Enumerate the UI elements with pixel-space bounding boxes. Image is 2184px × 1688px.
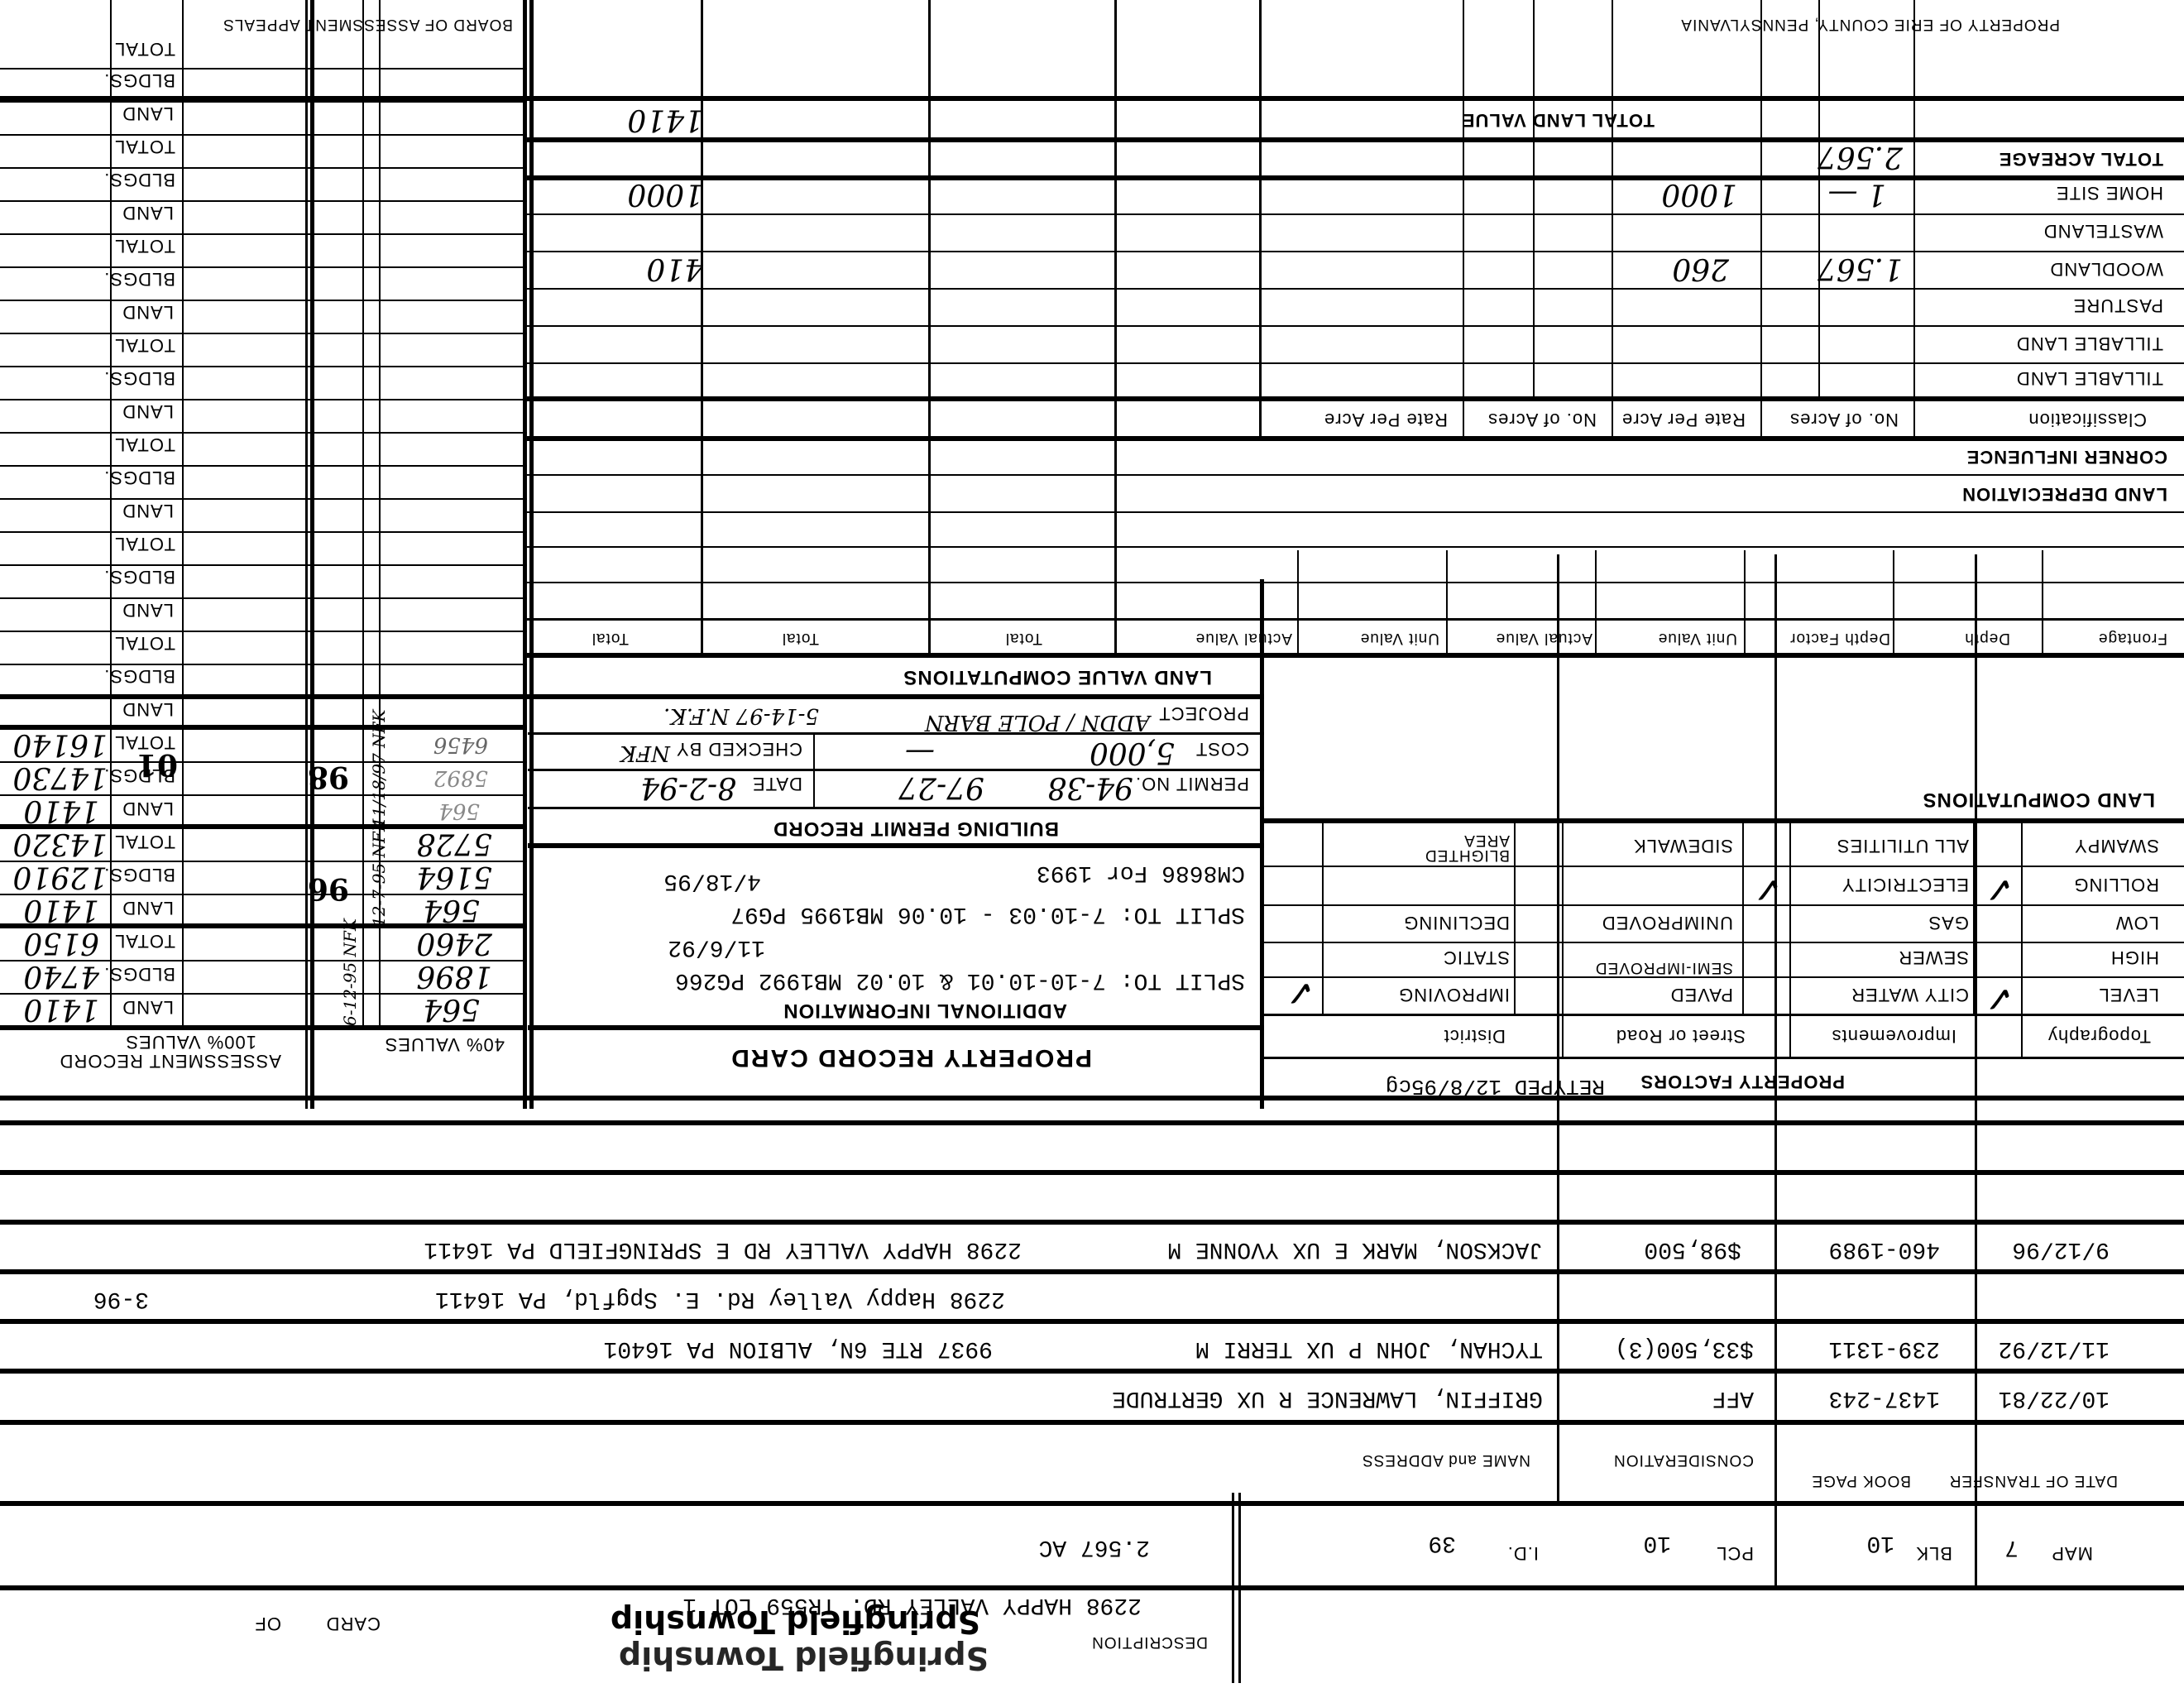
row-total: TOTAL	[114, 334, 175, 356]
acre-row-rule	[527, 213, 2184, 215]
row-land: LAND	[122, 798, 174, 819]
factor-blighted-area: BLIGHTED AREA	[1386, 832, 1510, 862]
v40-land: 564	[423, 992, 480, 1026]
factors-col-line	[1742, 819, 1744, 1016]
acre-col-no-acres-2: No. of Acres	[1487, 409, 1597, 430]
row-land: LAND	[122, 400, 174, 422]
acre-row-rule	[527, 251, 2184, 252]
check-mark-icon: ✓	[1285, 971, 1315, 1014]
factors-col-line	[1562, 819, 1564, 1059]
property-record-card-title: PROPERTY RECORD CARD	[730, 1043, 1092, 1072]
factor-all-utilities: ALL UTILITIES	[1837, 835, 1969, 856]
card-of-label: OF	[254, 1613, 281, 1634]
transfer-date: 11/12/92	[1999, 1336, 2110, 1361]
v40-total: 2460	[416, 926, 492, 960]
factors-col-line	[1789, 819, 1791, 1059]
acre-col-classification: Classification	[2028, 409, 2147, 430]
acre-homesite-acres: 1 —	[1828, 177, 1886, 211]
record-card-right-border	[529, 0, 534, 1109]
factor-semi-improved: SEMI-IMPROVED	[1584, 960, 1733, 975]
factor-row-rule	[1262, 976, 2184, 978]
transfer-row-rule-4	[0, 1220, 2184, 1225]
factor-electricity: ELECTRICITY	[1842, 874, 1969, 895]
row-land: LAND	[122, 996, 174, 1018]
acre-class: WOODLAND	[2049, 258, 2163, 280]
v100-bldgs: 4740	[23, 959, 99, 993]
lv-row-rule	[527, 618, 2184, 621]
acre-col-line	[1760, 0, 1762, 441]
assessment-record-title: ASSESSMENT RECORD	[60, 1050, 281, 1072]
v100-total: 6150	[23, 926, 99, 960]
form-bottom-rule	[0, 96, 2184, 101]
total-land-value: 1410	[627, 103, 703, 137]
transfer-name: JACKSON, MARK E UX YVONNE M	[1167, 1236, 1543, 1262]
row-total: TOTAL	[114, 434, 175, 455]
factor-row-rule	[1262, 942, 2184, 943]
assessment-row-rule	[0, 861, 527, 862]
acre-class: WASTELAND	[2043, 220, 2163, 242]
row-bldgs: BLDGS.	[103, 566, 175, 587]
v100-land: 1410	[23, 992, 99, 1026]
acre-row-rule	[527, 362, 2184, 364]
acre-homesite-rate: 1000	[1661, 177, 1737, 211]
col-book-page: BOOK PAGE	[1811, 1471, 1911, 1489]
factors-col-line	[1973, 819, 1975, 1016]
acre-class: TILLABLE LAND	[2016, 333, 2163, 354]
row-bldgs: BLDGS.	[103, 367, 175, 389]
lv-col-line	[1297, 550, 1299, 658]
transfer-header-top	[0, 1501, 2184, 1506]
factor-sidewalk: SIDEWALK	[1633, 835, 1733, 856]
transfer-date: 9/12/96	[2012, 1236, 2110, 1262]
permit-row-rule	[528, 807, 1264, 809]
row-land: LAND	[122, 897, 174, 918]
v40-total: 5728	[416, 827, 492, 861]
permit-no-value: 94-38	[1047, 770, 1133, 804]
acre-class: PASTURE	[2073, 295, 2163, 316]
acre-col-line-inner	[1533, 0, 1535, 401]
assessment-row-rule	[0, 993, 527, 995]
permit-row-rule	[528, 732, 1264, 735]
transfer-header-bottom	[0, 1420, 2184, 1425]
transfer-address: 9937 RTE 6N, ALBION PA 16401	[604, 1336, 993, 1361]
row-land: LAND	[122, 301, 174, 323]
factor-low: LOW	[2115, 912, 2159, 933]
building-permit-title: BUILDING PERMIT RECORD	[773, 817, 1059, 840]
lv-col: Depth Factor	[1789, 629, 1890, 647]
check-mark-icon: ✓	[1984, 977, 2014, 1019]
factor-city-water: CITY WATER	[1851, 984, 1969, 1005]
assessment-row-rule	[0, 960, 527, 961]
lv-col-line	[1595, 550, 1597, 658]
description-value: 2298 HAPPY VALLEY RD. TR559 LOT 1	[683, 1592, 1142, 1618]
acre-woodland-rate: 260	[1672, 252, 1729, 285]
factor-gas: GAS	[1928, 912, 1969, 933]
acre-homesite-total: 1000	[627, 177, 703, 211]
factors-header-top	[1262, 1057, 2184, 1059]
additional-line: CM8686 For 1993	[1037, 860, 1245, 885]
acre-col-line	[1259, 0, 1262, 441]
acre-class-total: TOTAL ACREAGE	[1999, 148, 2163, 170]
col-street-road: Street or Road	[1616, 1025, 1746, 1047]
permit-no-label: PERMIT NO.	[1135, 773, 1249, 794]
map-value: 7	[2004, 1534, 2019, 1560]
cost-label: COST	[1195, 738, 1249, 760]
v40-total: 6456	[433, 732, 488, 757]
factors-col-line	[2021, 819, 2023, 1059]
property-record-card-page: Springfield Township Springfield Townshi…	[0, 0, 2184, 1688]
assessment-stamp: 01	[136, 747, 178, 782]
lv-col: Unit Value	[1360, 629, 1439, 647]
project-value: ADDN / POLE BARN	[925, 710, 1150, 735]
v40-land: 564	[423, 893, 480, 927]
land-depreciation-label: LAND DEPRECIATION	[1961, 483, 2167, 505]
blk-label: BLK	[1915, 1542, 1952, 1564]
col-name-address: NAME and ADDRESS	[1362, 1451, 1530, 1469]
acre-col-line-inner	[1818, 0, 1820, 401]
permit-title-top	[528, 843, 1264, 848]
acreage-value: 2.567 AC	[1039, 1534, 1150, 1560]
transfer-book-page: 460-1989	[1829, 1236, 1940, 1262]
factor-row-rule	[1262, 866, 2184, 867]
permit-col-line	[813, 735, 815, 809]
transfer-col-divider-1	[1975, 554, 1977, 1506]
acre-row-rule	[527, 175, 2184, 180]
blk-value: 10	[1866, 1530, 1894, 1556]
row-land: LAND	[122, 103, 174, 124]
v100-total: 14320	[12, 827, 108, 861]
acre-class: TILLABLE LAND	[2016, 367, 2163, 389]
pcl-label: PCL	[1716, 1542, 1754, 1564]
factor-high: HIGH	[2110, 947, 2159, 968]
transfer-col-divider-3	[1557, 554, 1559, 1506]
row-total: TOTAL	[114, 136, 175, 157]
row-total: TOTAL	[114, 38, 175, 60]
transfer-bottom-rule	[0, 1096, 2184, 1101]
assessment-row-rule	[0, 894, 527, 895]
acre-col-line	[1463, 0, 1464, 441]
v40-bldgs: 1896	[416, 959, 492, 993]
acre-col-line	[1612, 0, 1613, 441]
row-total: TOTAL	[114, 235, 175, 257]
acre-woodland-total: 410	[646, 252, 703, 285]
transfer-name: GRIFFIN, LAWRENCE R UX GERTRUDE	[1112, 1385, 1543, 1411]
acre-class: HOME SITE	[2056, 182, 2163, 204]
lv-col: Actual Value	[1496, 629, 1592, 647]
checked-by-label: CHECKED BY	[676, 738, 802, 760]
assessment-blank-groups	[0, 51, 527, 730]
factor-level: LEVEL	[2099, 984, 2160, 1005]
assessment-date-note: 12-7-95 NFK	[369, 819, 389, 927]
transfer-book-page: 239-1311	[1829, 1336, 1940, 1361]
transfer-row-rule-5	[0, 1170, 2184, 1175]
lv-col: Frontage	[2098, 629, 2167, 647]
acre-row-rule	[527, 288, 2184, 290]
row-land: LAND	[122, 500, 174, 521]
lv-col-line	[1893, 550, 1894, 658]
row-bldgs: BLDGS.	[103, 963, 175, 985]
card-label: CARD	[326, 1613, 381, 1634]
transfer-row-rule-3	[0, 1269, 2184, 1274]
factor-declining: DECLINING	[1403, 912, 1510, 933]
additional-info-title: ADDITIONAL INFORMATION	[783, 999, 1067, 1022]
acre-total-acres: 2.567	[1818, 140, 1903, 174]
lv-col-line	[2042, 550, 2043, 658]
permit-date-value: 8-2-94	[640, 770, 736, 804]
factor-static: STATIC	[1443, 947, 1510, 968]
acre-col-no-acres: No. of Acres	[1789, 409, 1899, 430]
total-land-value-label: TOTAL LAND VALUE	[1462, 109, 1655, 131]
additional-line: 11/6/92	[668, 934, 765, 960]
cost-value-2: —	[905, 736, 935, 770]
row-land: LAND	[122, 202, 174, 223]
factors-bottom-rule	[1262, 818, 2184, 823]
acre-woodland-acres: 1.567	[1818, 252, 1903, 285]
factor-row-rule	[1262, 904, 2184, 906]
factors-col-line	[1322, 819, 1324, 1016]
factor-unimproved: UNIMPROVED	[1602, 912, 1733, 933]
transfer-address: 2298 HAPPY VALLEY RD E SPRINGFIELD PA 16…	[424, 1236, 1022, 1262]
v40-land: 564	[438, 798, 480, 823]
lv-row-rule	[527, 546, 2184, 548]
factors-header-bottom	[1262, 1014, 2184, 1016]
col-topography: Topography	[2047, 1025, 2151, 1047]
row-land: LAND	[122, 698, 174, 720]
property-factors-title: PROPERTY FACTORS	[1640, 1071, 1845, 1092]
factor-swampy: SWAMPY	[2074, 835, 2159, 856]
col-improvements: Improvements	[1832, 1025, 1956, 1047]
permit-no-value-2: 97-27	[898, 770, 984, 804]
v100-bldgs: 12910	[12, 860, 108, 894]
v100-land: 1410	[23, 794, 99, 827]
lv-row-rule	[527, 511, 2184, 513]
record-card-title-rule	[528, 1025, 1264, 1030]
township-stamp-shadow: Springfield Township	[619, 1640, 989, 1676]
row-bldgs: BLDGS.	[103, 665, 175, 687]
check-mark-icon: ✓	[1752, 868, 1783, 910]
transfer-consideration: $98,500	[1644, 1236, 1741, 1262]
transfer-book-page: 1437-243	[1829, 1385, 1940, 1411]
v40-bldgs: 5892	[433, 765, 488, 790]
project-note: 5-14-97 N.F.K.	[663, 703, 819, 728]
footer-erie-county: PROPERTY OF ERIE COUNTY, PENNSYLVANIA	[1680, 15, 2060, 33]
transfer-name: TYCHAN, JOHN P UX TERRI M	[1195, 1336, 1543, 1361]
acre-col-rate-2: Rate Per Acre	[1324, 409, 1448, 430]
id-label: I.D.	[1507, 1542, 1539, 1564]
description-label: DESCRIPTION	[1091, 1633, 1208, 1651]
check-mark-icon: ✓	[1984, 868, 2014, 910]
transfer-col-divider-2	[1774, 554, 1777, 1506]
additional-line: SPLIT TO: 7-10.03 - 10.06 MB1995 PG97	[730, 901, 1245, 927]
additional-line: 4/18/95	[663, 868, 761, 894]
row-total: TOTAL	[114, 632, 175, 654]
transfer-note: 3-96	[93, 1286, 149, 1312]
transfer-row-rule-1	[0, 1369, 2184, 1374]
factor-sewer: SEWER	[1898, 947, 1969, 968]
acre-col-rate: Rate Per Acre	[1621, 409, 1746, 430]
col-consideration: CONSIDERATION	[1613, 1451, 1754, 1469]
assessment-date-note: 6-12-95 NFK	[340, 918, 360, 1026]
assessment-year: 96	[308, 871, 349, 906]
lv-col: Depth	[1964, 629, 2010, 647]
footer-board-of-appeals: BOARD OF ASSESSMENT APPEALS	[223, 15, 513, 33]
transfer-consideration: AFF	[1712, 1385, 1754, 1411]
factor-improving: IMPROVING	[1398, 984, 1510, 1005]
transfer-row-rule-6	[0, 1120, 2184, 1125]
map-label: MAP	[2051, 1542, 2093, 1564]
lv-col: Total	[1005, 629, 1042, 647]
row-bldgs: BLDGS.	[103, 70, 175, 91]
row-bldgs: BLDGS.	[103, 268, 175, 290]
acre-total-rule	[527, 137, 2184, 142]
lv-col: Actual Value	[1195, 629, 1292, 647]
row-total: TOTAL	[114, 930, 175, 952]
transfer-row-rule-2	[0, 1319, 2184, 1324]
lv-header-top	[527, 653, 2184, 658]
assessment-year: 98	[308, 760, 349, 794]
checked-by-value: NFK	[620, 741, 670, 765]
v100-bldgs: 14730	[12, 760, 108, 794]
retyped-note: RETYPED 12/8/95cg	[1386, 1074, 1605, 1099]
factor-rolling: ROLLING	[2073, 874, 2159, 895]
v100-total: 16140	[12, 727, 108, 761]
header-rule-1	[0, 1585, 2184, 1590]
land-computations-title: LAND COMPUTATIONS	[1923, 788, 2155, 811]
row-bldgs: BLDGS.	[103, 169, 175, 190]
permit-date-label: DATE	[752, 773, 802, 794]
col-district: District	[1444, 1025, 1506, 1047]
lv-col-line	[1446, 550, 1448, 658]
row-total: TOTAL	[114, 831, 175, 852]
acre-header-top	[527, 436, 2184, 441]
corner-influence-label: CORNER INFLUENCE	[1966, 446, 2167, 468]
lv-col: Unit Value	[1658, 629, 1737, 647]
transfer-address: 2298 Happy Valley Rd. E. Spgfld, PA 1641…	[435, 1286, 1005, 1312]
additional-line: SPLIT TO: 7-10-10.01 & 10.02 MB1992 PG26…	[675, 967, 1245, 993]
transfer-date: 10/22/81	[1999, 1385, 2110, 1411]
project-label: PROJECT	[1158, 703, 1249, 724]
lv-col: Total	[591, 629, 629, 647]
lv-col-line	[1744, 550, 1746, 658]
cost-value: 5,000	[1090, 736, 1175, 770]
acre-header-bottom	[527, 396, 2184, 401]
row-bldgs: BLDGS.	[103, 467, 175, 488]
factor-paved: PAVED	[1670, 984, 1733, 1005]
row-land: LAND	[122, 599, 174, 621]
lv-col: Total	[782, 629, 819, 647]
pcl-value: 10	[1643, 1530, 1671, 1556]
lv-computations-title: LAND VALUE COMPUTATIONS	[903, 665, 1212, 688]
transfer-consideration: $33,500(3)	[1615, 1336, 1754, 1361]
row-bldgs: BLDGS.	[103, 864, 175, 885]
lv-row-rule	[527, 582, 2184, 583]
acre-row-rule	[527, 325, 2184, 327]
acre-col-line	[1913, 0, 1915, 441]
col-40-values: 40% VALUES	[385, 1033, 505, 1055]
lv-row-rule	[527, 474, 2184, 476]
factors-col-line	[1514, 819, 1516, 1016]
col-100-values: 100% VALUES	[125, 1031, 256, 1053]
row-total: TOTAL	[114, 533, 175, 554]
assessment-row-rule	[0, 794, 527, 796]
v100-land: 1410	[23, 893, 99, 927]
id-value: 39	[1428, 1530, 1456, 1556]
v40-bldgs: 5164	[416, 860, 492, 894]
assessment-row-rule	[0, 761, 527, 763]
